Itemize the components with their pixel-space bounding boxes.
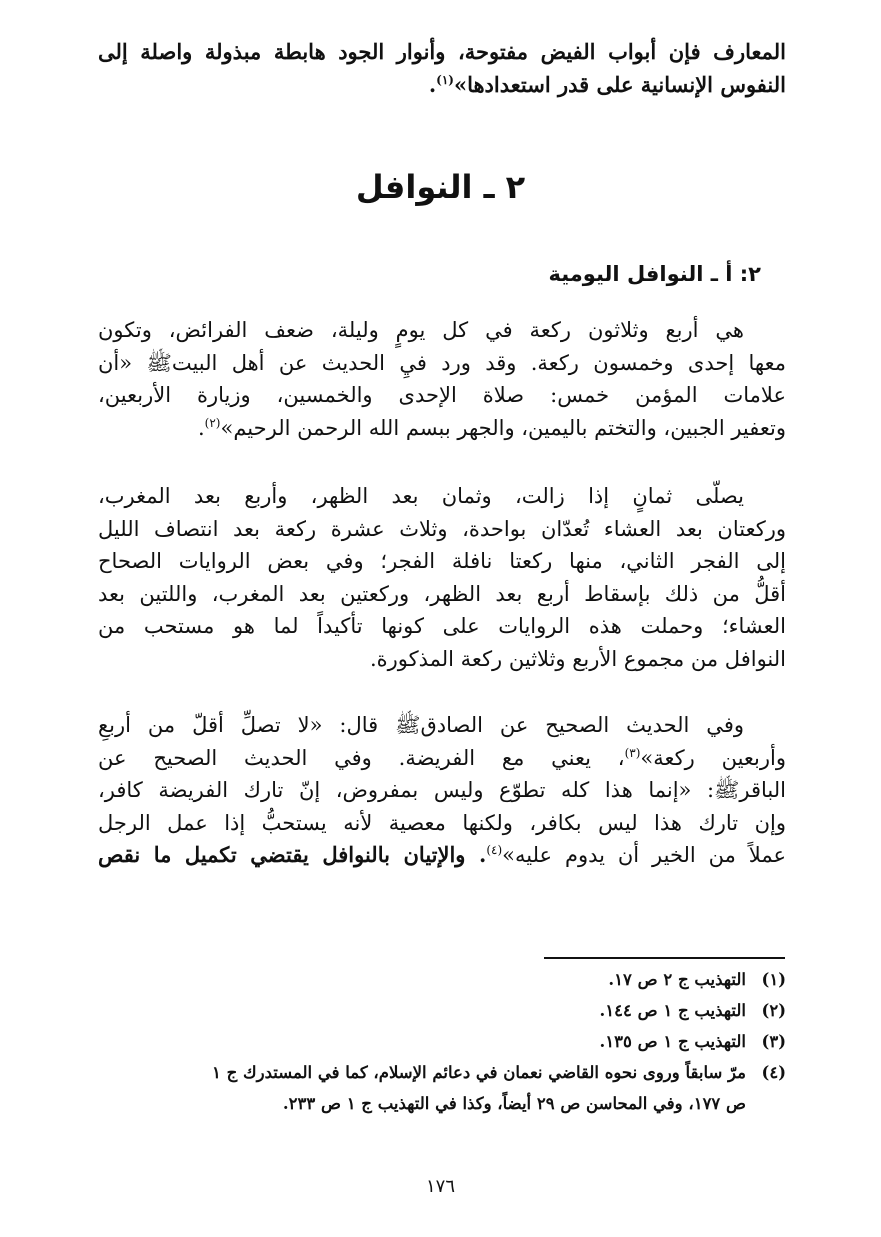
footnote-divider <box>544 957 785 959</box>
text-line: عملاً من الخير أن يدوم عليه»(٤). والإتيا… <box>98 839 786 872</box>
footnote-ref[interactable]: (١) <box>436 73 454 87</box>
book-page: المعارف فإن أبواب الفيض مفتوحة، وأنوار ا… <box>0 0 881 1237</box>
paragraph-3: وفي الحديث الصحيح عن الصادقﷺ قال: «لا تص… <box>98 709 786 872</box>
text-line: وإن تارك هذا ليس بكافر، ولكنها معصية لأن… <box>98 807 786 840</box>
paragraph-2: يصلّى ثمانٍ إذا زالت، وثمان بعد الظهر، و… <box>98 480 786 675</box>
paragraph-1: هي أربع وثلاثون ركعة في كل يومٍ وليلة، ض… <box>98 314 786 444</box>
top-paragraph: المعارف فإن أبواب الفيض مفتوحة، وأنوار ا… <box>98 36 786 101</box>
text-line: هي أربع وثلاثون ركعة في كل يومٍ وليلة، ض… <box>98 314 786 347</box>
text-line: الباقرﷺ: «إنما هذا كله تطوّع وليس بمفروض… <box>98 774 786 807</box>
text-line: معها إحدى وخمسون ركعة. وقد ورد فيِ الحدي… <box>98 347 786 380</box>
text-line: النوافل من مجموع الأربع وثلاثين ركعة الم… <box>98 643 786 676</box>
text-line: وأربعين ركعة»(٣)، يعني مع الفريضة. وفي ا… <box>98 742 786 775</box>
footnote-4: (٤)مرّ سابقاً وروى نحوه القاضي نعمان في … <box>98 1057 786 1088</box>
text-line: العشاء؛ وحملت هذه الروايات على كونها تأك… <box>98 610 786 643</box>
footnote-3: (٣)التهذيب ج ١ ص ١٣٥. <box>98 1026 786 1057</box>
text-line: وركعتان بعد العشاء تُعدّان بواحدة، وثلاث… <box>98 513 786 546</box>
footnote-2: (٢)التهذيب ج ١ ص ١٤٤. <box>98 995 786 1026</box>
text-line: إلى الفجر الثاني، منها ركعتا نافلة الفجر… <box>98 545 786 578</box>
footnote-ref[interactable]: (٢) <box>205 416 221 430</box>
text-line: وفي الحديث الصحيح عن الصادقﷺ قال: «لا تص… <box>98 709 786 742</box>
section-title: ٢ ـ النوافل <box>0 168 881 206</box>
footnote-ref[interactable]: (٣) <box>625 746 641 760</box>
footnote-4-continuation: ص ١٧٧، وفي المحاسن ص ٢٩ أيضاً، وكذا في ا… <box>98 1088 786 1119</box>
subsection-title: ٢: أ ـ النوافل اليومية <box>549 262 762 286</box>
footnote-1: (١)التهذيب ج ٢ ص ١٧. <box>98 964 786 995</box>
text-line: علامات المؤمن خمس: صلاة الإحدى والخمسين،… <box>98 379 786 412</box>
text-line: المعارف فإن أبواب الفيض مفتوحة، وأنوار ا… <box>98 36 786 69</box>
text-line: يصلّى ثمانٍ إذا زالت، وثمان بعد الظهر، و… <box>98 480 786 513</box>
text-line: أقلُّ من ذلك بإسقاط أربع بعد الظهر، وركع… <box>98 578 786 611</box>
page-number: ١٧٦ <box>0 1176 881 1197</box>
footnote-ref[interactable]: (٤) <box>486 843 502 857</box>
footnotes: (١)التهذيب ج ٢ ص ١٧. (٢)التهذيب ج ١ ص ١٤… <box>98 964 786 1119</box>
text-line: وتعفير الجبين، والتختم باليمين، والجهر ب… <box>98 412 786 445</box>
text-line: النفوس الإنسانية على قدر استعدادها»(١). <box>98 69 786 102</box>
